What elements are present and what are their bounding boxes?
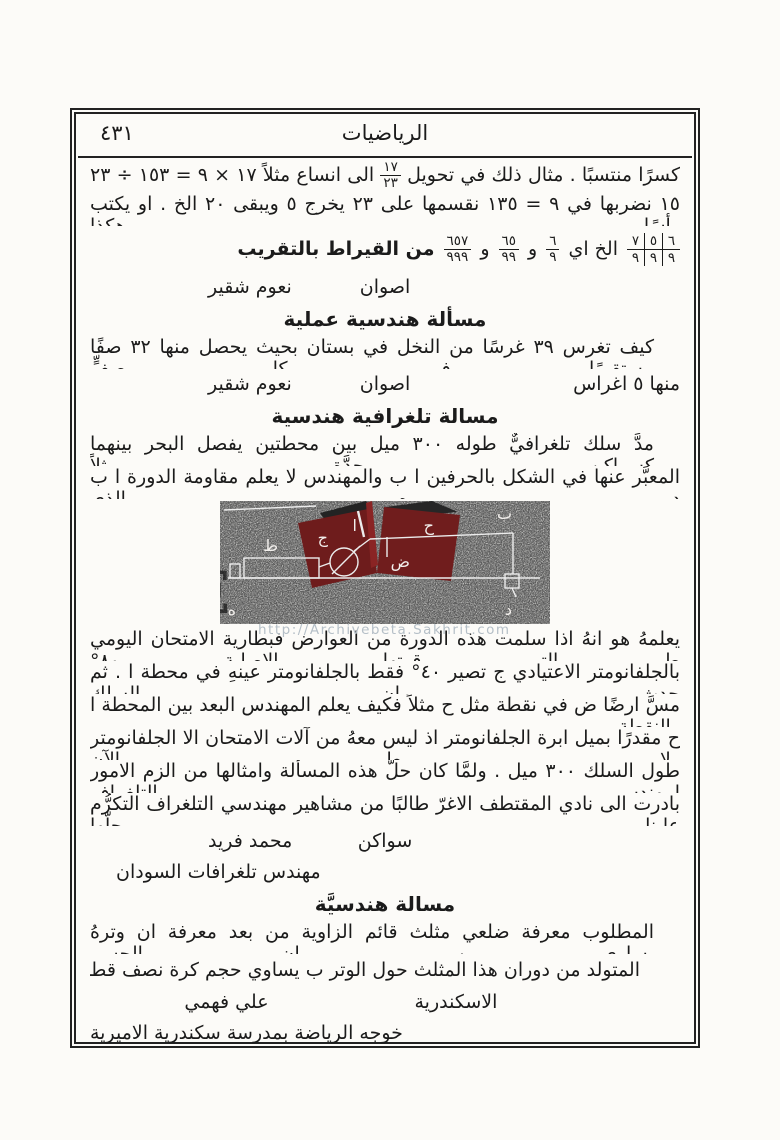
page-header: ٤٣١ الرياضيات	[78, 114, 692, 158]
signature-place: اصوان	[360, 276, 410, 298]
figure-label-hha: ح	[424, 516, 435, 536]
text-line: مدَّ سلك تلغرافيٌّ طوله ٣٠٠ ميل بين محطت…	[90, 433, 680, 466]
page-content: كسرًا منتسبًا . مثال ذلك في تحويل ١٧٢٣ ا…	[76, 158, 694, 1049]
text-line: المعبَّر عنها في الشكل بالحرفين ا ب والم…	[90, 466, 680, 499]
figure-label-dal: د	[505, 600, 512, 619]
archive-watermark-text: ARCHIVE	[220, 559, 232, 624]
text-segment: كسرًا منتسبًا . مثال ذلك في تحويل	[407, 164, 680, 186]
signature-row: الاسكندرية علي فهمي	[90, 987, 680, 1018]
fraction-numerator: ١٧	[380, 160, 401, 176]
signature-title: مهندس تلغرافات السودان	[90, 857, 680, 888]
signature-place: اصوان	[360, 373, 410, 395]
text-line: كسرًا منتسبًا . مثال ذلك في تحويل ١٧٢٣ ا…	[90, 160, 680, 193]
text-line: مسَّ ارضًا ض في نقطة مثل ح مثلاً فكيف يع…	[90, 694, 680, 727]
text-line: المطلوب معرفة ضلعي مثلث قائم الزاوية من …	[90, 921, 680, 954]
column-fraction-stack: ٦٥٧ ٩٩٩	[627, 233, 680, 266]
fraction-denominator: ٢٣	[380, 176, 401, 191]
text-line: كيف تغرس ٣٩ غرسًا من النخل في بستان بحيث…	[90, 336, 680, 369]
section-heading: مسألة هندسية عملية	[90, 303, 680, 336]
figure-label-dad: ض	[391, 552, 410, 572]
text-segment: من القيراط بالتقريب	[237, 238, 434, 260]
signature-name: علي فهمي	[184, 987, 268, 1018]
inline-fraction: ٦٩	[546, 234, 559, 265]
circuit-figure: ب ح ا ج ط ض ه د ARCHIVE	[220, 501, 550, 624]
signature-place: الاسكندرية	[415, 987, 498, 1018]
signature-row: اصوان نعوم شقير	[90, 272, 680, 303]
figure-label-alif: ا	[353, 516, 357, 535]
text-line: بالجلفانومتر الاعتيادي ج تصير ٤٠° فقط با…	[90, 661, 680, 694]
inline-fraction: ١٧٢٣	[380, 160, 401, 191]
text-line: ١٥ نضربها في ٩ = ١٣٥ نقسمها على ٢٣ يخرج …	[90, 193, 680, 226]
page-frame: ٤٣١ الرياضيات كسرًا منتسبًا . مثال ذلك ف…	[70, 108, 700, 1048]
signature-title: خوجه الرياضة بمدرسة سكندرية الاميرية	[90, 1018, 680, 1049]
signature-name: محمد فريد	[208, 826, 292, 857]
text-line: بادرت الى نادي المقتطف الاغرّ طالبًا من …	[90, 793, 680, 826]
page-title: الرياضيات	[78, 121, 692, 145]
text-line-with-fractions: ٦٥٧ ٩٩٩ الخ اي ٦٩ و ٦٥٩٩ و ٦٥٧٩٩٩ من الق…	[90, 226, 680, 272]
paragraph-telegraph-problem: يعلمهُ هو انهُ اذا سلمت هذه الدورة من ال…	[90, 628, 680, 826]
text-segment: و	[528, 238, 537, 260]
section-heading: مسالة هندسيَّة	[90, 888, 680, 921]
url-watermark: http://Archivebeta.Sakhrit.com	[258, 622, 511, 638]
section-heading: مسالة تلغرافية هندسية	[90, 400, 680, 433]
text-line: المتولد من دوران هذا المثلث حول الوتر ب …	[90, 954, 680, 987]
inline-fraction: ٦٥٩٩	[499, 234, 520, 265]
signature-row: منها ٥ اغراس اصوان نعوم شقير	[90, 369, 680, 400]
signature-name: نعوم شقير	[208, 369, 292, 400]
figure-wrapper: ب ح ا ج ط ض ه د ARCHIVE	[90, 501, 680, 628]
figure-label-ba: ب	[497, 504, 512, 523]
text-segment: الخ اي	[568, 238, 618, 260]
text-line: طول السلك ٣٠٠ ميل . ولمَّا كان حلُّ هذه …	[90, 760, 680, 793]
figure-label-tta: ط	[263, 536, 278, 555]
inline-fraction: ٦٥٧٩٩٩	[444, 234, 472, 265]
text-segment: و	[480, 238, 489, 260]
text-segment: منها ٥ اغراس	[573, 369, 680, 400]
text-line: ح مقدرًا بميل ابرة الجلفانومتر اذ ليس مع…	[90, 727, 680, 760]
signature-row: سواكن محمد فريد	[90, 826, 680, 857]
figure-label-jim: ج	[318, 528, 329, 548]
paragraph-fraction-conversion: كسرًا منتسبًا . مثال ذلك في تحويل ١٧٢٣ ا…	[90, 160, 680, 272]
signature-place: سواكن	[358, 830, 413, 852]
signature-name: نعوم شقير	[208, 272, 292, 303]
